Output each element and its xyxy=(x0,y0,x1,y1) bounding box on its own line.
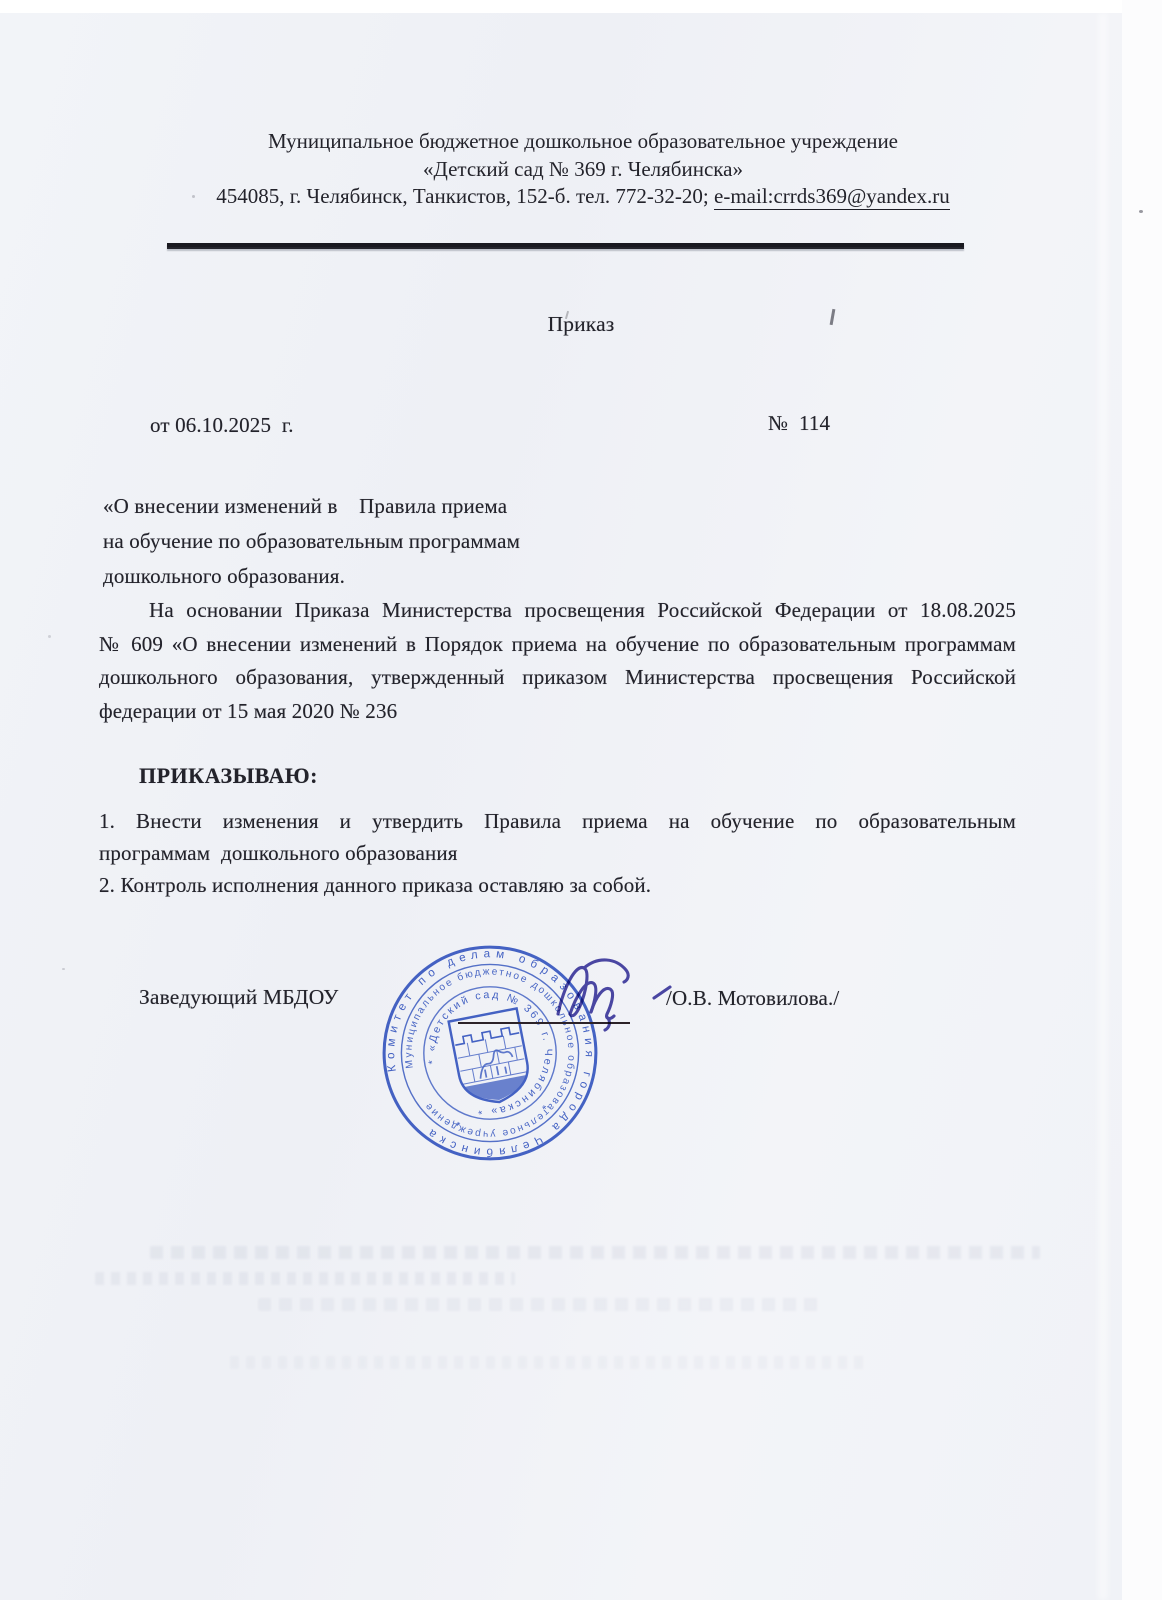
scan-speck xyxy=(48,635,51,638)
subject-block: «О внесении изменений в Правила приема н… xyxy=(103,489,520,594)
order-items: 1. Внести изменения и утвердить Правила … xyxy=(99,806,1016,901)
doc-title: Приказ xyxy=(0,312,1162,337)
order-item-1-line: программам дошкольного образования xyxy=(99,838,1016,870)
org-email: e-mail:crrds369@yandex.ru xyxy=(714,184,950,210)
paragraph-line: федерации от 15 мая 2020 № 236 xyxy=(99,695,1016,729)
subject-line: дошкольного образования. xyxy=(103,559,520,594)
header-divider xyxy=(167,243,964,249)
brick-pattern xyxy=(455,1033,527,1084)
scan-light-streak xyxy=(1098,13,1108,1600)
signer-name: /О.В. Мотовилова./ xyxy=(666,986,839,1011)
doc-number: № 114 xyxy=(768,411,830,436)
org-address: 454085, г. Челябинск, Танкистов, 152-б. … xyxy=(216,184,714,208)
org-address-line: 454085, г. Челябинск, Танкистов, 152-б. … xyxy=(40,183,1126,211)
paragraph-line: На основании Приказа Министерства просве… xyxy=(99,594,1016,628)
subject-line: «О внесении изменений в Правила приема xyxy=(103,489,520,524)
scan-speck xyxy=(192,195,195,198)
decree-heading: ПРИКАЗЫВАЮ: xyxy=(139,763,318,789)
fortress-crenellation xyxy=(454,1026,519,1045)
org-name-line: Муниципальное бюджетное дошкольное образ… xyxy=(40,128,1126,156)
bleedthrough-line xyxy=(150,1246,1040,1259)
bleedthrough-line xyxy=(95,1272,515,1285)
org-title-line: «Детский сад № 369 г. Челябинска» xyxy=(40,156,1126,184)
signature-scribble xyxy=(550,956,682,1032)
scan-edge-right xyxy=(1122,0,1162,1600)
signature-position-label: Заведующий МБДОУ xyxy=(139,985,339,1010)
doc-date: от 06.10.2025 г. xyxy=(150,413,294,438)
paragraph-line: дошкольного образования, утвержденный пр… xyxy=(99,661,1016,695)
bleedthrough-line xyxy=(258,1298,818,1311)
bleedthrough-line xyxy=(230,1356,870,1369)
subject-line: на обучение по образовательным программа… xyxy=(103,524,520,559)
org-header: Муниципальное бюджетное дошкольное образ… xyxy=(40,128,1126,211)
scan-speck xyxy=(62,968,65,970)
body-paragraph: На основании Приказа Министерства просве… xyxy=(99,594,1016,728)
scan-edge-top xyxy=(0,0,1162,13)
camel-figure xyxy=(476,1047,516,1078)
order-item-1-line: 1. Внести изменения и утвердить Правила … xyxy=(99,806,1016,838)
order-item-2: 2. Контроль исполнения данного приказа о… xyxy=(99,870,1016,902)
scan-speck xyxy=(1139,210,1143,213)
paragraph-line: № 609 «О внесении изменений в Порядок пр… xyxy=(99,628,1016,662)
